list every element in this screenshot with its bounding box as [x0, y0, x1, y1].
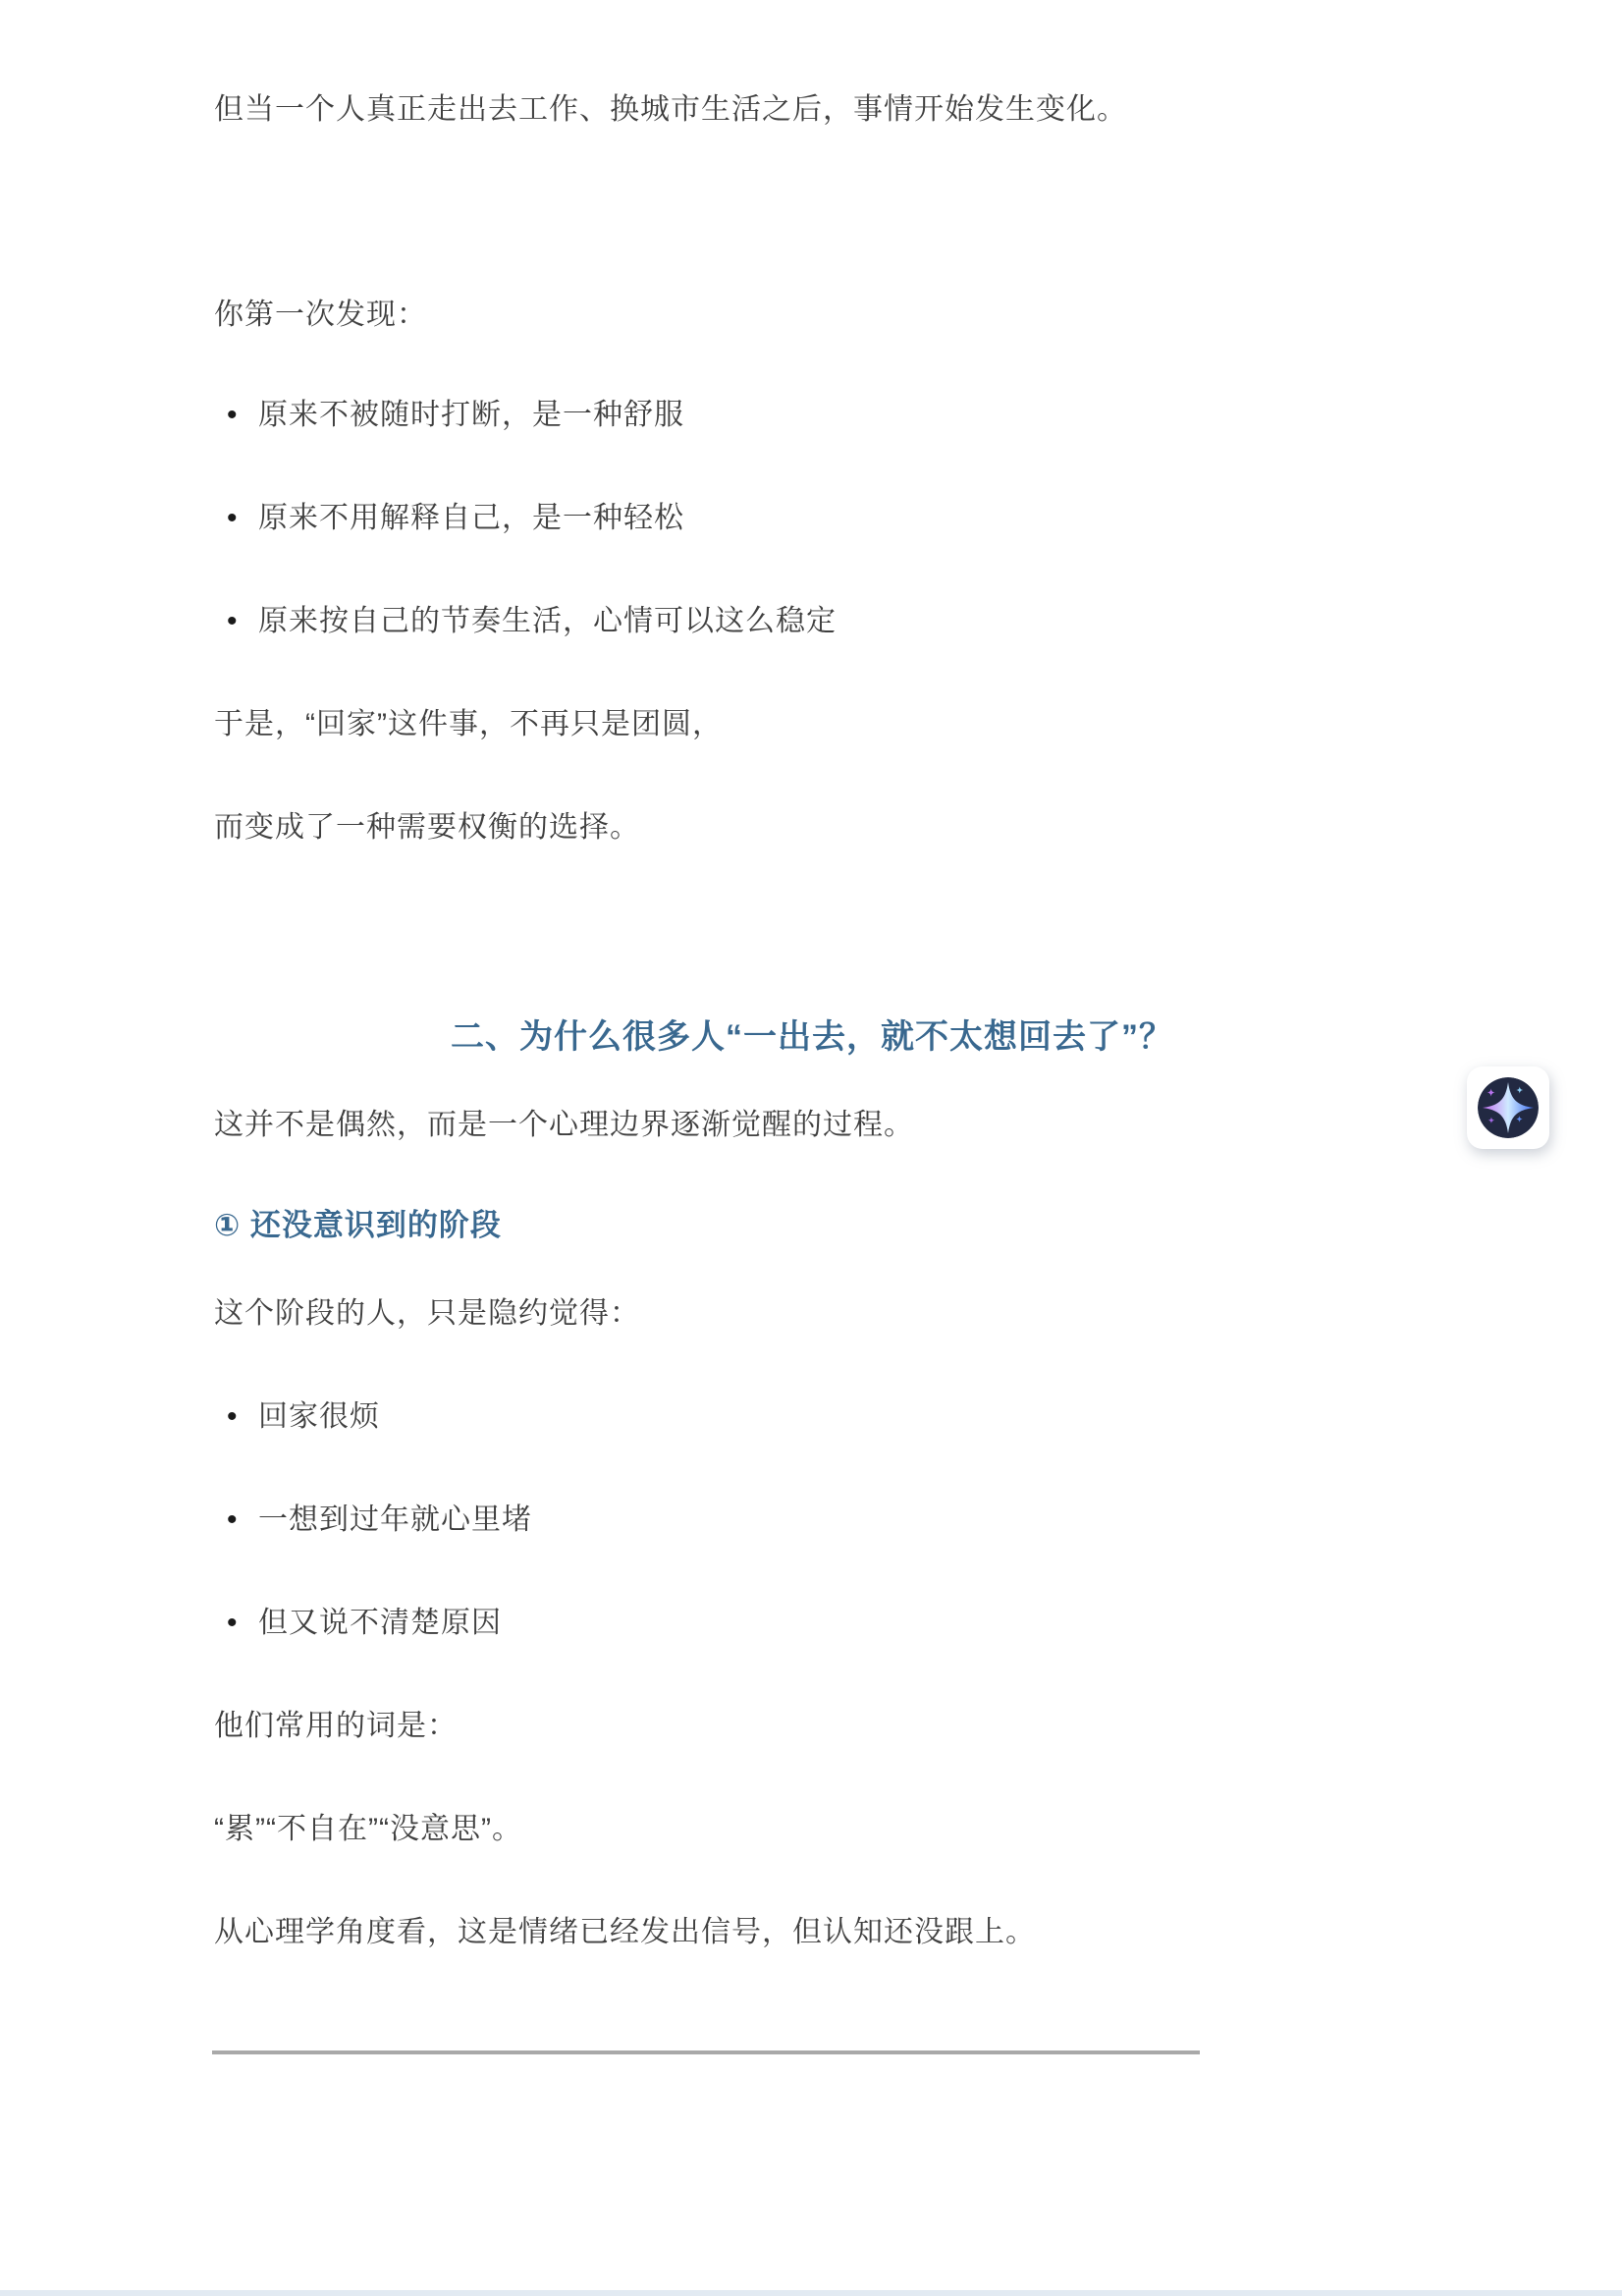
list-item-text: 原来按自己的节奏生活，心情可以这么稳定: [258, 605, 837, 637]
paragraph-words-lead: 他们常用的词是：: [214, 1707, 1410, 1746]
bullet-icon: •: [227, 499, 239, 538]
bullet-icon: •: [227, 1604, 239, 1643]
paragraph-words-quote: “累”“不自在”“没意思”。: [214, 1810, 1410, 1849]
bullet-icon: •: [227, 1501, 239, 1540]
list-item: •原来按自己的节奏生活，心情可以这么稳定: [214, 602, 1410, 641]
paragraph-psychology: 从心理学角度看，这是情绪已经发出信号，但认知还没跟上。: [214, 1913, 1410, 1952]
bullet-icon: •: [227, 602, 239, 641]
sparkle-logo-icon: [1478, 1077, 1539, 1138]
list-item-text: 一想到过年就心里堵: [258, 1503, 532, 1536]
article-body: 但当一个人真正走出去工作、换城市生活之后，事情开始发生变化。 你第一次发现： •…: [0, 0, 1622, 2054]
section-heading: 二、为什么很多人“一出去，就不太想回去了”？: [214, 1014, 1410, 1060]
list-item-text: 原来不被随时打断，是一种舒服: [258, 399, 684, 431]
list-item: •一想到过年就心里堵: [214, 1501, 1410, 1540]
list-item: •回家很烦: [214, 1397, 1410, 1437]
paragraph-stage-lead: 这个阶段的人，只是隐约觉得：: [214, 1294, 1410, 1334]
stage-list: •回家很烦 •一想到过年就心里堵 •但又说不清楚原因: [214, 1397, 1410, 1643]
list-item-text: 原来不用解释自己，是一种轻松: [258, 502, 684, 534]
ai-assistant-button[interactable]: [1467, 1066, 1549, 1149]
paragraph-thus-line1: 于是，“回家”这件事，不再只是团圆，: [214, 705, 1410, 744]
paragraph-thus-line2: 而变成了一种需要权衡的选择。: [214, 808, 1410, 847]
stage-heading: ① 还没意识到的阶段: [214, 1204, 1410, 1247]
bullet-icon: •: [227, 396, 239, 435]
list-item-text: 但又说不清楚原因: [258, 1607, 502, 1639]
list-item: •原来不用解释自己，是一种轻松: [214, 499, 1410, 538]
paragraph-not-accident: 这并不是偶然，而是一个心理边界逐渐觉醒的过程。: [214, 1106, 1410, 1145]
bottom-strip: [0, 2290, 1622, 2296]
paragraph-intro: 但当一个人真正走出去工作、换城市生活之后，事情开始发生变化。: [214, 90, 1410, 130]
paragraph-discover-lead: 你第一次发现：: [214, 296, 1410, 335]
list-item: •原来不被随时打断，是一种舒服: [214, 396, 1410, 435]
list-item: •但又说不清楚原因: [214, 1604, 1410, 1643]
horizontal-divider: [212, 2050, 1200, 2054]
list-item-text: 回家很烦: [258, 1400, 380, 1433]
bullet-icon: •: [227, 1397, 239, 1437]
discover-list: •原来不被随时打断，是一种舒服 •原来不用解释自己，是一种轻松 •原来按自己的节…: [214, 396, 1410, 641]
document-page: 但当一个人真正走出去工作、换城市生活之后，事情开始发生变化。 你第一次发现： •…: [0, 0, 1622, 2296]
